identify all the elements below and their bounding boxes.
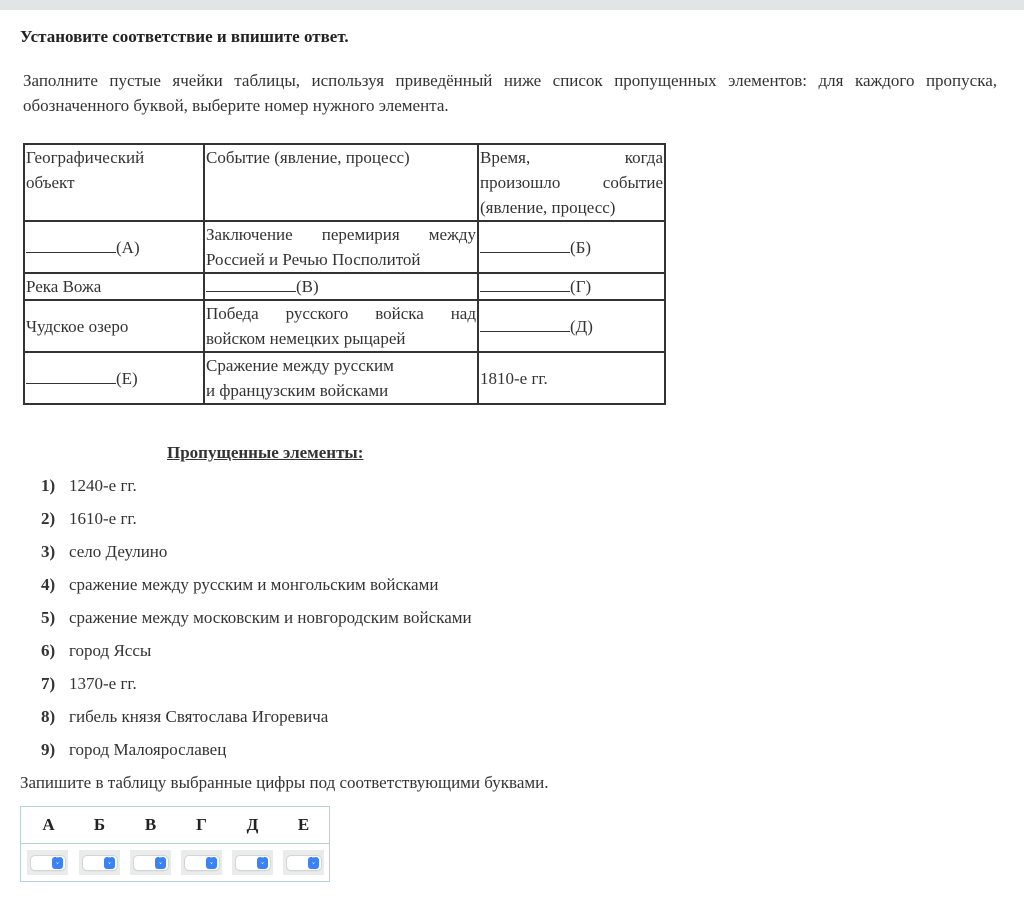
blank-label: (Б) [570,238,591,257]
answer-cell: ˄˅ [227,844,278,882]
header-line: произошло событие [480,170,663,195]
item-text: 1370-е гг. [69,674,137,693]
select-box[interactable]: ˄˅ [236,856,270,870]
item-number: 6) [41,641,69,661]
item-number: 1) [41,476,69,496]
blank-label: (Е) [116,369,138,388]
answer-select-b[interactable]: ˄˅ [79,850,120,875]
item-text: сражение между русским и монгольским вой… [69,575,438,594]
blank-label: (Г) [570,277,591,296]
list-item: 3)село Деулино [41,542,472,575]
header-line: Географический [26,145,202,170]
list-item: 5)сражение между московским и новгородск… [41,608,472,641]
list-item: 1)1240-е гг. [41,476,472,509]
answer-letter: Е [278,807,330,844]
answer-select-a[interactable]: ˄˅ [27,850,68,875]
answer-select-v[interactable]: ˄˅ [130,850,171,875]
answer-cell: ˄˅ [21,844,75,882]
answer-selects-row: ˄˅ ˄˅ ˄˅ ˄˅ ˄˅ ˄˅ [21,844,330,882]
item-number: 4) [41,575,69,595]
list-item: 8)гибель князя Святослава Игоревича [41,707,472,740]
item-number: 9) [41,740,69,760]
answer-cell: ˄˅ [74,844,125,882]
answer-table: А Б В Г Д Е ˄˅ ˄˅ ˄˅ ˄˅ ˄˅ ˄˅ [20,806,330,882]
blank-line [480,275,570,292]
matching-table: Географический объект Событие (явление, … [23,143,666,405]
cell-object: Река Вожа [24,273,204,300]
cell-time-blank: (Г) [478,273,665,300]
header-line: объект [26,170,202,195]
table-row: (Е) Сражение между русским и французским… [24,352,665,404]
list-item: 6)город Яссы [41,641,472,674]
chevron-updown-icon[interactable]: ˄˅ [257,857,268,869]
chevron-updown-icon[interactable]: ˄˅ [104,857,115,869]
item-number: 5) [41,608,69,628]
answer-select-d[interactable]: ˄˅ [232,850,273,875]
cell-object: Чудское озеро [24,300,204,352]
header-geo-object: Географический объект [24,144,204,221]
blank-line [26,367,116,384]
chevron-updown-icon[interactable]: ˄˅ [308,857,319,869]
table-row: Река Вожа (В) (Г) [24,273,665,300]
cell-line: Россией и Речью Посполитой [206,247,476,272]
item-number: 7) [41,674,69,694]
list-item: 7)1370-е гг. [41,674,472,707]
blank-line [480,315,570,332]
cell-time: 1810-е гг. [478,352,665,404]
item-number: 2) [41,509,69,529]
answer-letter: А [21,807,75,844]
answer-select-e[interactable]: ˄˅ [283,850,324,875]
cell-line: и французским войсками [206,378,476,403]
select-box[interactable]: ˄˅ [134,856,168,870]
top-bar [0,0,1024,10]
cell-time-blank: (Д) [478,300,665,352]
item-number: 8) [41,707,69,727]
blank-label: (А) [116,238,140,257]
list-item: 4)сражение между русским и монгольским в… [41,575,472,608]
blank-label: (В) [296,277,319,296]
cell-object-blank: (Е) [24,352,204,404]
answer-letter: Г [176,807,227,844]
list-item: 2)1610-е гг. [41,509,472,542]
answer-letters-row: А Б В Г Д Е [21,807,330,844]
cell-time-blank: (Б) [478,221,665,273]
cell-event-blank: (В) [204,273,478,300]
blank-line [26,236,116,253]
answer-cell: ˄˅ [176,844,227,882]
table-header-row: Географический объект Событие (явление, … [24,144,665,221]
select-box[interactable]: ˄˅ [31,856,65,870]
item-text: гибель князя Святослава Игоревича [69,707,328,726]
task-title: Установите соответствие и впишите ответ. [20,27,349,47]
select-box[interactable]: ˄˅ [287,856,321,870]
cell-line: Победа русского войска над [206,301,476,326]
item-text: город Яссы [69,641,151,660]
answer-letter: Б [74,807,125,844]
task-instructions: Заполните пустые ячейки таблицы, использ… [23,68,997,118]
answer-letter: В [125,807,176,844]
header-time: Время, когда произошло событие (явление,… [478,144,665,221]
answer-cell: ˄˅ [125,844,176,882]
cell-line: войском немецких рыцарей [206,326,476,351]
cell-object-blank: (А) [24,221,204,273]
missing-elements-title: Пропущенные элементы: [167,443,363,463]
select-box[interactable]: ˄˅ [185,856,219,870]
cell-event: Заключение перемирия между Россией и Реч… [204,221,478,273]
answer-note: Запишите в таблицу выбранные цифры под с… [20,773,549,793]
cell-event: Сражение между русским и французским вой… [204,352,478,404]
answer-cell: ˄˅ [278,844,330,882]
table-row: (А) Заключение перемирия между Россией и… [24,221,665,273]
item-number: 3) [41,542,69,562]
header-line: (явление, процесс) [480,195,663,220]
chevron-updown-icon[interactable]: ˄˅ [155,857,166,869]
item-text: село Деулино [69,542,167,561]
missing-elements-list: 1)1240-е гг. 2)1610-е гг. 3)село Деулино… [41,476,472,773]
answer-letter: Д [227,807,278,844]
header-event: Событие (явление, процесс) [204,144,478,221]
cell-event: Победа русского войска над войском немец… [204,300,478,352]
blank-label: (Д) [570,317,593,336]
blank-line [480,236,570,253]
answer-select-g[interactable]: ˄˅ [181,850,222,875]
header-line: Время, когда [480,145,663,170]
item-text: сражение между московским и новгородским… [69,608,472,627]
select-box[interactable]: ˄˅ [83,856,117,870]
item-text: 1240-е гг. [69,476,137,495]
cell-line: Заключение перемирия между [206,222,476,247]
chevron-updown-icon[interactable]: ˄˅ [52,857,63,869]
list-item: 9)город Малоярославец [41,740,472,773]
chevron-updown-icon[interactable]: ˄˅ [206,857,217,869]
item-text: город Малоярославец [69,740,226,759]
table-row: Чудское озеро Победа русского войска над… [24,300,665,352]
cell-line: Сражение между русским [206,353,476,378]
item-text: 1610-е гг. [69,509,137,528]
blank-line [206,275,296,292]
